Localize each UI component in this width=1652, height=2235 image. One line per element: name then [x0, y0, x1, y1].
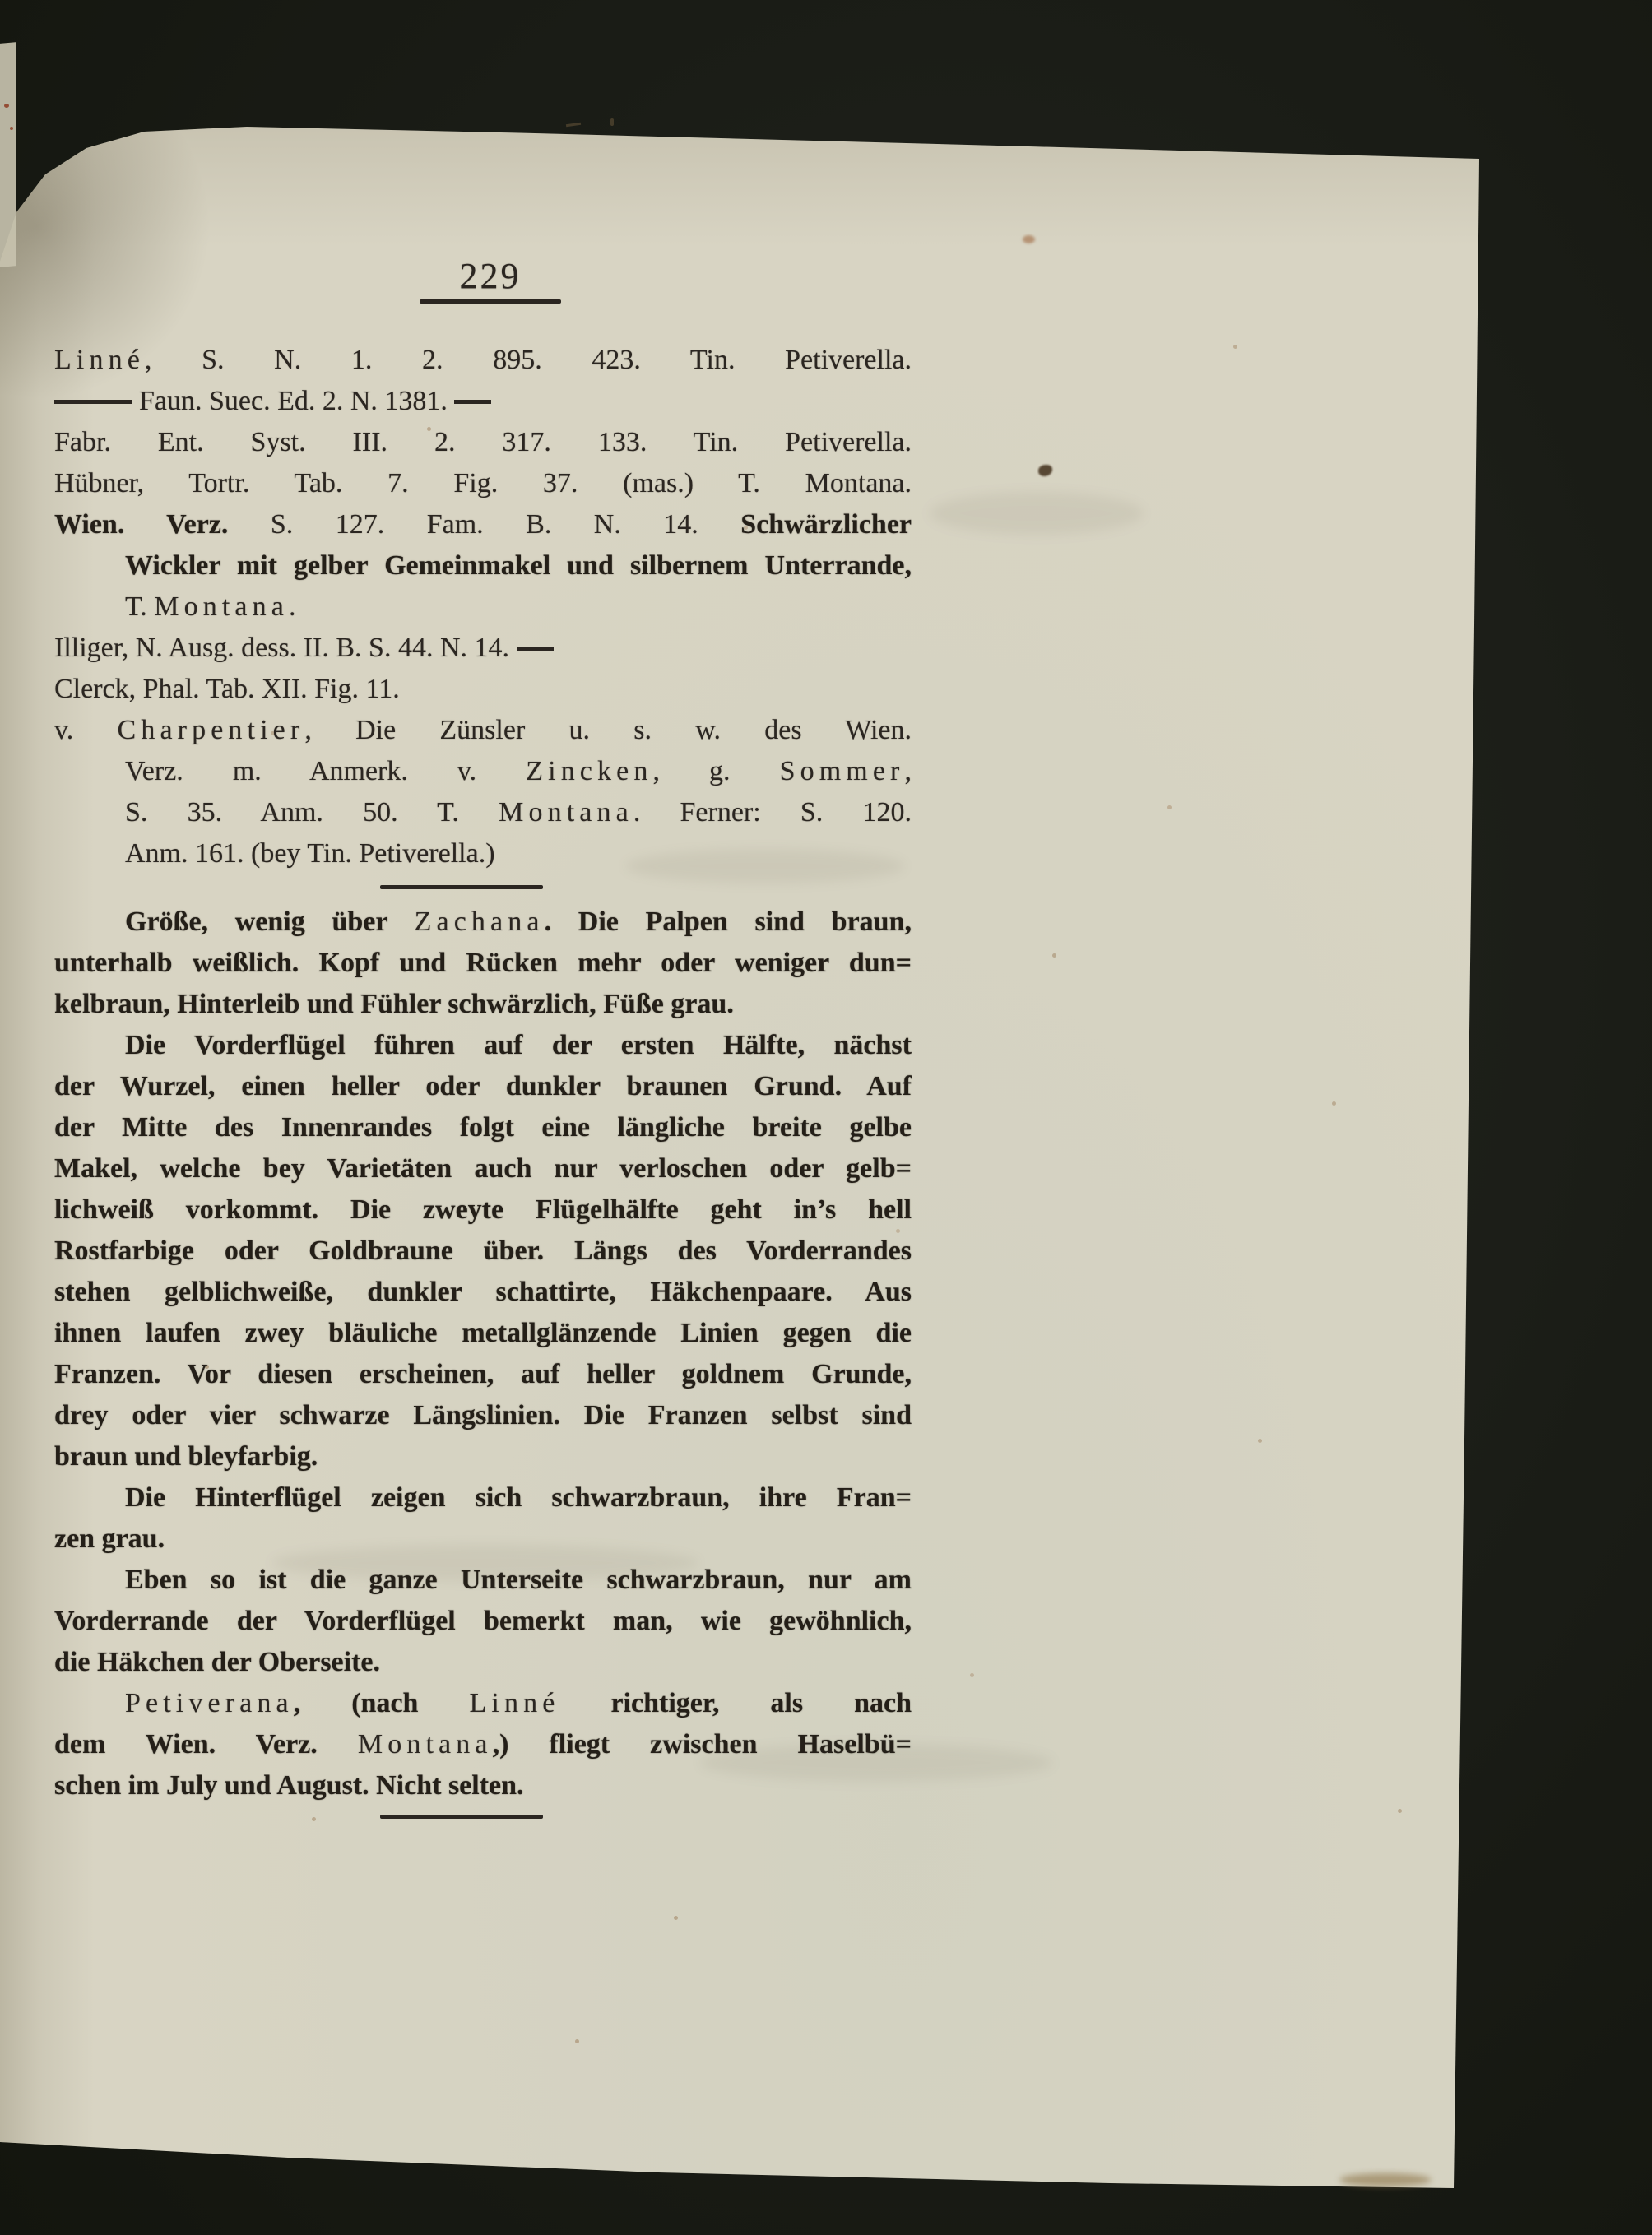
text-line: Illiger, N. Ausg. dess. II. B. S. 44. N.… [54, 628, 912, 669]
text-segment: Die Hinterflügel zeigen sich schwarzbrau… [125, 1482, 912, 1513]
text-segment: , (nach [294, 1688, 470, 1718]
show-through-smudge [930, 492, 1144, 535]
text-line: Rostfarbige oder Goldbraune über. Längs … [54, 1231, 912, 1272]
scanned-book-page: 229 Linné, S. N. 1. 2. 895. 423. Tin. Pe… [0, 0, 1652, 2235]
text-segment: Vorderrande der Vorderflügel bemerkt man… [54, 1606, 912, 1636]
text-line: Franzen. Vor diesen erscheinen, auf hell… [54, 1354, 912, 1395]
text-line: ihnen laufen zwey bläuliche metallglänze… [54, 1313, 912, 1354]
text-line: Hübner, Tortr. Tab. 7. Fig. 37. (mas.) T… [54, 463, 912, 504]
text-segment: ihnen laufen zwey bläuliche metallglänze… [54, 1318, 912, 1348]
text-line: die Häkchen der Oberseite. [54, 1642, 912, 1683]
brown-fleck [1023, 235, 1035, 243]
text-line: der Mitte des Innenrandes folgt eine län… [54, 1107, 912, 1148]
text-line: T. Montana. [54, 587, 912, 628]
text-segment: Clerck, Phal. Tab. XII. Fig. 11. [54, 674, 400, 704]
text-segment: . Die Palpen sind braun, [545, 907, 912, 937]
text-segment: Zincken [526, 756, 652, 786]
text-line: Linné, S. N. 1. 2. 895. 423. Tin. Petive… [54, 340, 912, 381]
text-line: Clerck, Phal. Tab. XII. Fig. 11. [54, 669, 912, 710]
text-line: Petiverana, (nach Linné richtiger, als n… [54, 1683, 912, 1724]
text-line: braun und bleyfarbig. [54, 1436, 912, 1477]
text-line: drey oder vier schwarze Längslinien. Die… [54, 1395, 912, 1436]
text-segment: dem Wien. Verz. [54, 1729, 358, 1760]
red-speck [4, 104, 9, 108]
text-segment: Hübner, Tortr. Tab. 7. Fig. 37. (mas.) T… [54, 468, 912, 498]
text-segment: lichweiß vorkommt. Die zweyte Flügelhälf… [54, 1194, 912, 1225]
page-number-rule [420, 299, 561, 304]
text-line: zen grau. [54, 1519, 912, 1560]
text-segment: Franzen. Vor diesen erscheinen, auf hell… [54, 1359, 912, 1389]
text-segment: Anm. 161. (bey Tin. Petiverella.) [125, 838, 495, 869]
text-segment: Sommer [780, 756, 905, 786]
text-segment: unterhalb weißlich. Kopf und Rücken mehr… [54, 948, 912, 978]
edge-stain [1339, 2173, 1432, 2186]
ditto-dash [454, 400, 491, 404]
text-column: 229 Linné, S. N. 1. 2. 895. 423. Tin. Pe… [54, 0, 912, 2235]
text-segment: Makel, welche bey Varietäten auch nur ve… [54, 1153, 912, 1184]
text-segment: Montana [358, 1729, 493, 1760]
text-segment: richtiger, als nach [559, 1688, 912, 1718]
text-segment: . Ferner: S. 120. [633, 797, 912, 828]
end-divider-rule [380, 1815, 543, 1819]
ditto-dash [54, 400, 132, 404]
text-segment: v. [54, 715, 118, 745]
text-line: stehen gelblichweiße, dunkler schattirte… [54, 1272, 912, 1313]
text-line: lichweiß vorkommt. Die zweyte Flügelhälf… [54, 1189, 912, 1231]
text-segment: stehen gelblichweiße, dunkler schattirte… [54, 1277, 912, 1307]
adjacent-page-edge [0, 42, 16, 267]
text-line: Fabr. Ent. Syst. III. 2. 317. 133. Tin. … [54, 422, 912, 463]
section-divider-rule [380, 885, 543, 889]
text-line: Wien. Verz. S. 127. Fam. B. N. 14. Schwä… [54, 504, 912, 545]
text-segment: der Mitte des Innenrandes folgt eine län… [54, 1112, 912, 1143]
text-line: Anm. 161. (bey Tin. Petiverella.) [54, 833, 912, 874]
text-segment: ,) fliegt zwischen Haselbü= [493, 1729, 912, 1760]
page-number: 229 [400, 258, 581, 294]
text-line: der Wurzel, einen heller oder dunkler br… [54, 1066, 912, 1107]
text-segment: Größe, wenig über [125, 907, 415, 937]
text-segment: Fabr. Ent. Syst. III. 2. 317. 133. Tin. … [54, 427, 912, 457]
text-segment: der Wurzel, einen heller oder dunkler br… [54, 1071, 912, 1101]
text-line: Die Hinterflügel zeigen sich schwarzbrau… [54, 1477, 912, 1519]
text-segment: Illiger, N. Ausg. dess. II. B. S. 44. N.… [54, 633, 517, 663]
reference-block: Linné, S. N. 1. 2. 895. 423. Tin. Petive… [54, 340, 912, 874]
text-segment: Petiverana [125, 1688, 294, 1718]
text-segment: Schwärzlicher [740, 509, 912, 540]
text-line: v. Charpentier, Die Zünsler u. s. w. des… [54, 710, 912, 751]
text-segment: braun und bleyfarbig. [54, 1441, 318, 1472]
text-segment: Die Vorderflügel führen auf der ersten H… [125, 1030, 912, 1060]
text-segment: Rostfarbige oder Goldbraune über. Längs … [54, 1236, 912, 1266]
ditto-dash [517, 647, 554, 651]
text-segment: , g. [652, 756, 779, 786]
text-segment: T. [125, 591, 154, 622]
text-segment: kelbraun, Hinterleib und Fühler schwärzl… [54, 989, 734, 1019]
description-block: Größe, wenig über Zachana. Die Palpen si… [54, 902, 912, 1806]
text-segment: Linné [470, 1688, 560, 1718]
text-segment: Linné [54, 345, 145, 375]
text-segment: schen im July und August. Nicht selten. [54, 1770, 524, 1801]
text-segment: , Die Zünsler u. s. w. des Wien. [304, 715, 912, 745]
text-line: dem Wien. Verz. Montana,) fliegt zwische… [54, 1724, 912, 1765]
text-segment: Montana. [154, 591, 300, 622]
text-segment: S. 35. Anm. 50. T. [125, 797, 499, 828]
text-segment: die Häkchen der Oberseite. [54, 1647, 380, 1677]
text-line: Eben so ist die ganze Unterseite schwarz… [54, 1560, 912, 1601]
paper-specks [0, 0, 2, 2]
text-segment: Wien. Verz. [54, 509, 271, 540]
text-segment: zen grau. [54, 1523, 165, 1554]
text-segment: Zachana [415, 907, 545, 937]
text-segment: , [905, 756, 912, 786]
text-line: unterhalb weißlich. Kopf und Rücken mehr… [54, 943, 912, 984]
text-line: Wickler mit gelber Gemeinmakel und silbe… [54, 545, 912, 587]
text-line: Die Vorderflügel führen auf der ersten H… [54, 1025, 912, 1066]
text-line: Verz. m. Anmerk. v. Zincken, g. Sommer, [54, 751, 912, 792]
text-line: Makel, welche bey Varietäten auch nur ve… [54, 1148, 912, 1189]
text-segment: , S. N. 1. 2. 895. 423. Tin. Petiverella… [145, 345, 912, 375]
page-header: 229 [400, 258, 581, 304]
text-segment: S. 127. Fam. B. N. 14. [271, 509, 740, 540]
text-segment: Verz. m. Anmerk. v. [125, 756, 526, 786]
red-speck [10, 127, 13, 130]
text-line: S. 35. Anm. 50. T. Montana. Ferner: S. 1… [54, 792, 912, 833]
text-line: schen im July und August. Nicht selten. [54, 1765, 912, 1806]
text-segment: Eben so ist die ganze Unterseite schwarz… [125, 1565, 912, 1595]
text-segment: drey oder vier schwarze Längslinien. Die… [54, 1400, 912, 1430]
text-segment: Montana [499, 797, 633, 828]
text-segment: Charpentier [118, 715, 305, 745]
text-line: kelbraun, Hinterleib und Fühler schwärzl… [54, 984, 912, 1025]
text-segment: Wickler mit gelber Gemeinmakel und silbe… [125, 550, 912, 581]
text-segment: Faun. Suec. Ed. 2. N. 1381. [139, 386, 454, 416]
text-line: Vorderrande der Vorderflügel bemerkt man… [54, 1601, 912, 1642]
text-line: Faun. Suec. Ed. 2. N. 1381. [54, 381, 912, 422]
text-line: Größe, wenig über Zachana. Die Palpen si… [54, 902, 912, 943]
